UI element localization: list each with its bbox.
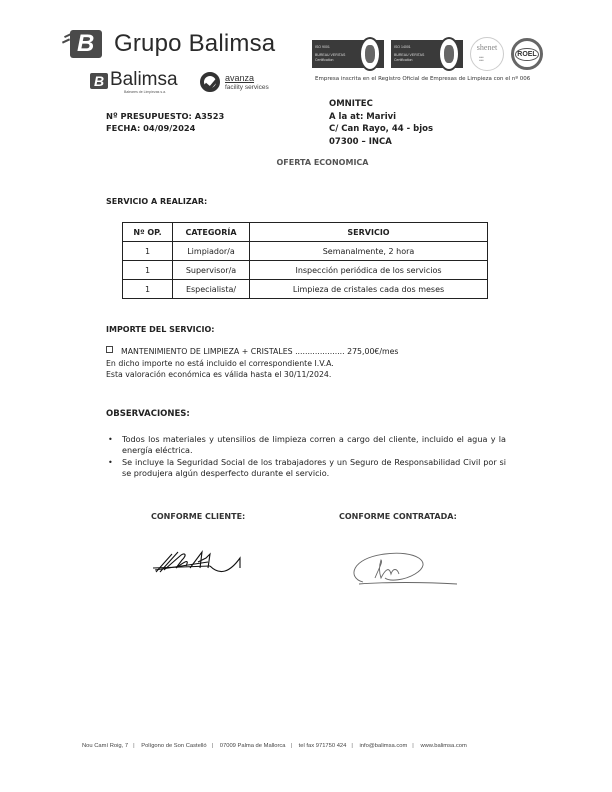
table-row: 1 Supervisor/a Inspección periódica de l… — [123, 261, 488, 280]
footer-website[interactable]: www.balimsa.com — [420, 743, 466, 749]
bullet-icon: • — [108, 434, 113, 445]
shenet-logo: shenet ■■■■■■ — [470, 37, 504, 71]
footer-email[interactable]: info@balimsa.com — [360, 743, 408, 749]
cell-category: Supervisor/a — [173, 261, 250, 280]
cell-service: Semanalmente, 2 hora — [250, 242, 488, 261]
observations-heading: OBSERVACIONES: — [106, 409, 190, 419]
cell-ops: 1 — [123, 280, 173, 299]
cell-ops: 1 — [123, 261, 173, 280]
avanza-name: avanza — [225, 73, 269, 83]
avanza-logo: avanza facility services — [200, 72, 269, 92]
footer-phone: tel fax 971750 424 — [299, 743, 347, 749]
grupo-balimsa-logo: B Grupo Balimsa — [70, 30, 275, 58]
recipient-city: 07300 – INCA — [329, 136, 433, 149]
registry-note: Empresa inscrita en el Registro Oficial … — [315, 76, 530, 82]
roel-logo: ROEL — [511, 38, 543, 70]
services-heading: SERVICIO A REALIZAR: — [106, 197, 207, 206]
validity-note: Esta valoración económica es válida hast… — [106, 369, 398, 381]
table-row: 1 Especialista/ Limpieza de cristales ca… — [123, 280, 488, 299]
iso-14001-badge: ISO 14001 BUREAU VERITAS Certification — [391, 40, 463, 68]
price-dots: .................... — [295, 347, 345, 356]
table-header-row: Nº OP. CATEGORÍA SERVICIO — [123, 223, 488, 242]
column-header-category: CATEGORÍA — [173, 223, 250, 242]
balimsa-logo: B Balimsa Baleares de Limpiezas s.a. — [90, 70, 178, 94]
list-item: • Se incluye la Seguridad Social de los … — [106, 457, 506, 480]
avanza-check-icon — [200, 72, 220, 92]
recipient-block: OMNITEC A la at: Marivi C/ Can Rayo, 44 … — [329, 98, 433, 148]
vat-note: En dicho importe no está incluido el cor… — [106, 358, 398, 370]
column-header-service: SERVICIO — [250, 223, 488, 242]
client-signature-label: CONFORME CLIENTE: — [151, 512, 245, 521]
bureau-veritas-seal-icon — [438, 37, 460, 71]
footer-industrial-park: Polígono de Son Castelló — [141, 743, 206, 749]
cell-service: Inspección periódica de los servicios — [250, 261, 488, 280]
footer-address: Nou Camí Roig, 7 — [82, 743, 128, 749]
cell-ops: 1 — [123, 242, 173, 261]
price-heading: IMPORTE DEL SERVICIO: — [106, 325, 215, 334]
recipient-address: C/ Can Rayo, 44 - bjos — [329, 123, 433, 136]
bullet-icon: • — [108, 457, 113, 468]
budget-date: FECHA: 04/09/2024 — [106, 122, 224, 134]
iso-9001-badge: ISO 9001 BUREAU VERITAS Certification — [312, 40, 384, 68]
services-table: Nº OP. CATEGORÍA SERVICIO 1 Limpiador/a … — [122, 222, 488, 299]
footer-city: 07009 Palma de Mallorca — [220, 743, 286, 749]
observations-list: • Todos los materiales y utensilios de l… — [106, 434, 506, 479]
document-title: OFERTA ECONOMICA — [0, 158, 612, 167]
price-block: MANTENIMIENTO DE LIMPIEZA + CRISTALES ..… — [106, 346, 398, 381]
sub-logo-text: Balimsa — [110, 70, 178, 90]
contractor-signature-label: CONFORME CONTRATADA: — [339, 512, 457, 521]
checkbox-square-icon — [106, 346, 113, 353]
price-item: MANTENIMIENTO DE LIMPIEZA + CRISTALES — [121, 347, 293, 356]
price-line: MANTENIMIENTO DE LIMPIEZA + CRISTALES ..… — [106, 346, 398, 358]
budget-meta: Nº PRESUPUESTO: A3523 FECHA: 04/09/2024 — [106, 110, 224, 134]
cell-service: Limpieza de cristales cada dos meses — [250, 280, 488, 299]
list-item: • Todos los materiales y utensilios de l… — [106, 434, 506, 457]
price-amount: 275,00€/mes — [347, 347, 398, 356]
balimsa-b-small-icon: B — [90, 73, 108, 89]
budget-number: Nº PRESUPUESTO: A3523 — [106, 110, 224, 122]
sub-logo-tagline: Baleares de Limpiezas s.a. — [124, 90, 178, 94]
recipient-company: OMNITEC — [329, 98, 433, 111]
contractor-signature-image — [345, 548, 465, 590]
column-header-ops: Nº OP. — [123, 223, 173, 242]
certification-badges: ISO 9001 BUREAU VERITAS Certification IS… — [312, 37, 543, 71]
bureau-veritas-seal-icon — [359, 37, 381, 71]
group-logo-text: Grupo Balimsa — [114, 30, 275, 58]
avanza-tagline: facility services — [225, 83, 269, 92]
client-signature-image — [150, 548, 250, 580]
table-row: 1 Limpiador/a Semanalmente, 2 hora — [123, 242, 488, 261]
balimsa-b-icon: B — [70, 30, 102, 58]
cell-category: Especialista/ — [173, 280, 250, 299]
footer-contact: Nou Camí Roig, 7| Polígono de Son Castel… — [82, 743, 467, 749]
recipient-attention: A la at: Marivi — [329, 111, 433, 124]
cell-category: Limpiador/a — [173, 242, 250, 261]
